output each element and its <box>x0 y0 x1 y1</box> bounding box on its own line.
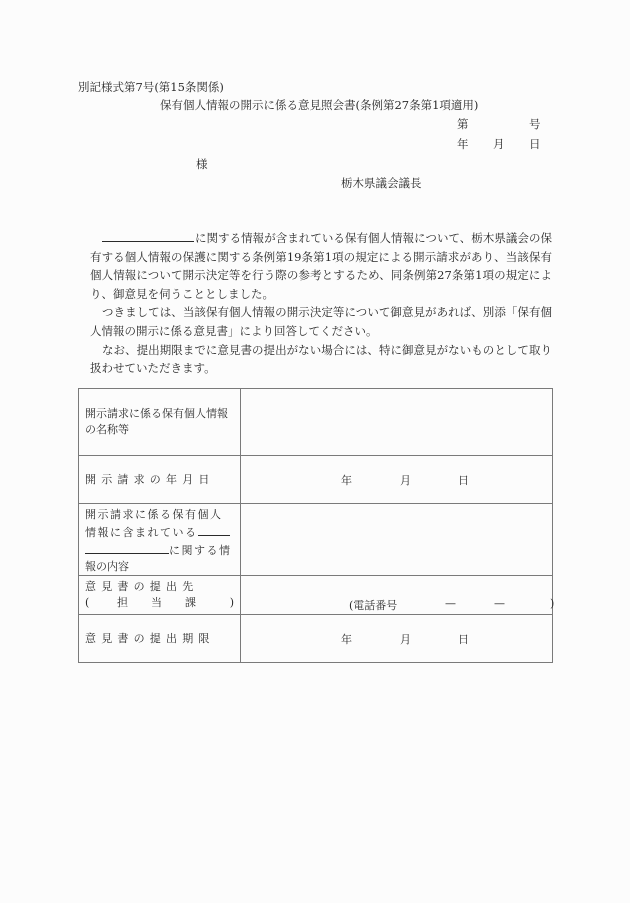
deadline-month: 月 <box>400 631 411 647</box>
form-number: 別記様式第7号(第15条関係) <box>78 80 224 94</box>
label-submission-destination: 意見書の提出先 ( 担 当 課 ) <box>79 576 241 615</box>
phone-number-field: (電話番号 — — ) <box>349 597 557 612</box>
blank-field-short[interactable] <box>198 523 230 536</box>
request-day: 日 <box>458 472 469 488</box>
number-prefix: 第 <box>457 117 469 131</box>
table-row: 意見書の提出先 ( 担 当 課 ) (電話番号 — — ) <box>79 576 553 615</box>
table-row: 開示請求に係る保有個人情報の名称等 <box>79 389 553 456</box>
value-requested-info-name[interactable] <box>241 389 553 456</box>
table-row: 開示請求に係る保有個人 情報に含まれている に関する情 報の内容 <box>79 504 553 576</box>
value-submission-deadline[interactable]: 年 月 日 <box>241 615 553 663</box>
document-title: 保有個人情報の開示に係る意見照会書(条例第27条第1項適用) <box>160 98 478 112</box>
paragraph-3: なお、提出期限までに意見書の提出がない場合には、特に御意見がないものとして取り扱… <box>90 341 552 378</box>
deadline-day: 日 <box>458 631 469 647</box>
label-info-content: 開示請求に係る保有個人 情報に含まれている に関する情 報の内容 <box>79 504 241 576</box>
label-request-date: 開示請求の年月日 <box>85 473 215 486</box>
sender: 栃木県議会議長 <box>341 176 422 190</box>
number-suffix: 号 <box>529 117 541 131</box>
request-month: 月 <box>400 472 411 488</box>
date-year: 年 <box>457 137 469 151</box>
blank-subject-field[interactable] <box>102 229 194 242</box>
date-month: 月 <box>493 137 505 151</box>
label-submission-deadline: 意見書の提出期限 <box>85 632 215 645</box>
blank-field-long[interactable] <box>85 541 169 554</box>
deadline-year: 年 <box>341 631 352 647</box>
addressee: 様 <box>196 157 208 171</box>
table-row: 開示請求の年月日 年 月 日 <box>79 456 553 504</box>
paragraph-1: に関する情報が含まれている保有個人情報について、栃木県議会の保有する個人情報の保… <box>90 229 552 303</box>
table-row: 意見書の提出期限 年 月 日 <box>79 615 553 663</box>
value-info-content[interactable] <box>241 504 553 576</box>
date-day: 日 <box>529 137 541 151</box>
value-request-date[interactable]: 年 月 日 <box>241 456 553 504</box>
info-table: 開示請求に係る保有個人情報の名称等 開示請求の年月日 年 月 日 開示請求に係る… <box>78 388 553 663</box>
value-submission-destination[interactable]: (電話番号 — — ) <box>241 576 553 615</box>
letter-body: に関する情報が含まれている保有個人情報について、栃木県議会の保有する個人情報の保… <box>90 229 552 378</box>
request-year: 年 <box>341 472 352 488</box>
label-requested-info-name: 開示請求に係る保有個人情報の名称等 <box>79 389 241 456</box>
paragraph-2: つきましては、当該保有個人情報の開示決定等について御意見があれば、別添「保有個人… <box>90 303 552 340</box>
